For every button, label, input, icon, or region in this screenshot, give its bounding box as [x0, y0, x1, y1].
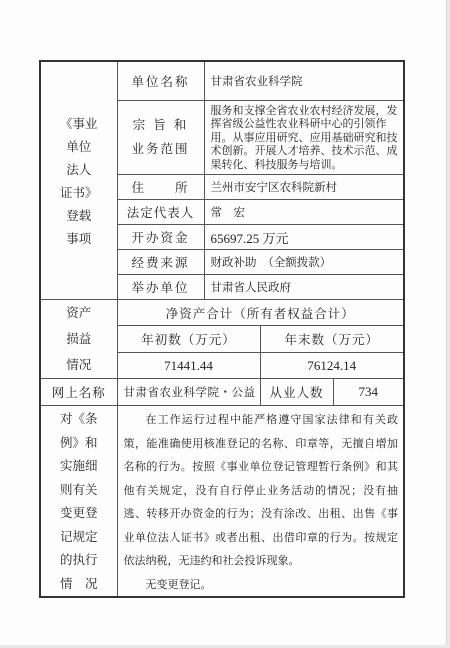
purpose-scope-value: 服务和支撑全省农业农村经济发展，发挥省级公益性农业科研中心的引领作用。从事应用研… [204, 100, 404, 175]
address-label: 住 所 [117, 175, 204, 200]
section-line: 对《条 [41, 407, 117, 431]
assets-section-label: 资产 损益 情况 [40, 300, 117, 379]
section-line: 变更登 [41, 501, 117, 525]
end-year-value: 76124.14 [260, 353, 404, 379]
section-line: 则有关 [41, 478, 117, 502]
purpose-scope-label: 宗 旨 和 业务范围 [117, 100, 204, 175]
net-assets-header: 净资产合计（所有者权益合计） [117, 300, 404, 326]
funding-source-value: 财政补助 （全额拨款） [204, 250, 404, 275]
online-name-label: 网上名称 [40, 379, 117, 406]
annual-report-table: 《事业 单位 法人 证书》 登载 事项 单位名称 甘肃省农业科学院 宗 旨 和 … [39, 60, 405, 598]
funding-source-label: 经费来源 [117, 250, 204, 275]
section-line: 情况 [41, 352, 117, 378]
registration-section-label: 《事业 单位 法人 证书》 登载 事项 [40, 61, 117, 300]
unit-name-label: 单位名称 [117, 61, 204, 100]
section-line: 记规定 [41, 525, 117, 549]
section-line: 证书》 [41, 181, 117, 204]
compliance-paragraph: 在工作运行过程中能严格遵守国家法律和有关政策，能准确使用核准登记的名称、印章等，… [124, 408, 399, 573]
document-page: 《事业 单位 法人 证书》 登载 事项 单位名称 甘肃省农业科学院 宗 旨 和 … [0, 0, 447, 645]
section-line: 法人 [41, 158, 117, 181]
section-line: 损益 [41, 326, 117, 352]
section-line: 实施细 [41, 454, 117, 478]
sponsor-value: 甘肃省人民政府 [204, 275, 404, 300]
end-year-label: 年末数（万元） [260, 326, 404, 353]
section-line: 事项 [41, 227, 117, 250]
section-line: 《事业 [41, 112, 117, 135]
legal-rep-value: 常 宏 [204, 200, 404, 225]
section-line: 的执行 [41, 548, 117, 572]
capital-value: 65697.25 万元 [204, 225, 404, 250]
section-line: 单位 [41, 135, 117, 158]
section-line: 情 况 [41, 572, 117, 596]
sponsor-label: 举办单位 [117, 275, 204, 300]
staff-count-value: 734 [333, 379, 404, 406]
label-line: 业务范围 [118, 137, 204, 161]
capital-label: 开办资金 [117, 225, 204, 250]
section-line: 资产 [41, 300, 117, 326]
online-name-value: 甘肃省农业科学院・公益 [117, 379, 260, 406]
unit-name-value: 甘肃省农业科学院 [204, 61, 404, 100]
section-line: 登载 [41, 204, 117, 227]
compliance-text: 在工作运行过程中能严格遵守国家法律和有关政策，能准确使用核准登记的名称、印章等，… [117, 406, 404, 598]
address-value: 兰州市安宁区农科院新村 [204, 175, 404, 200]
section-line: 例》和 [41, 431, 117, 455]
staff-count-label: 从业人数 [260, 379, 333, 406]
begin-year-value: 71441.44 [117, 353, 260, 379]
legal-rep-label: 法定代表人 [117, 200, 204, 225]
label-line: 宗 旨 和 [118, 113, 204, 137]
begin-year-label: 年初数（万元） [117, 326, 260, 353]
compliance-section-label: 对《条 例》和 实施细 则有关 变更登 记规定 的执行 情 况 [40, 406, 117, 598]
compliance-paragraph: 无变更登记。 [124, 573, 399, 597]
